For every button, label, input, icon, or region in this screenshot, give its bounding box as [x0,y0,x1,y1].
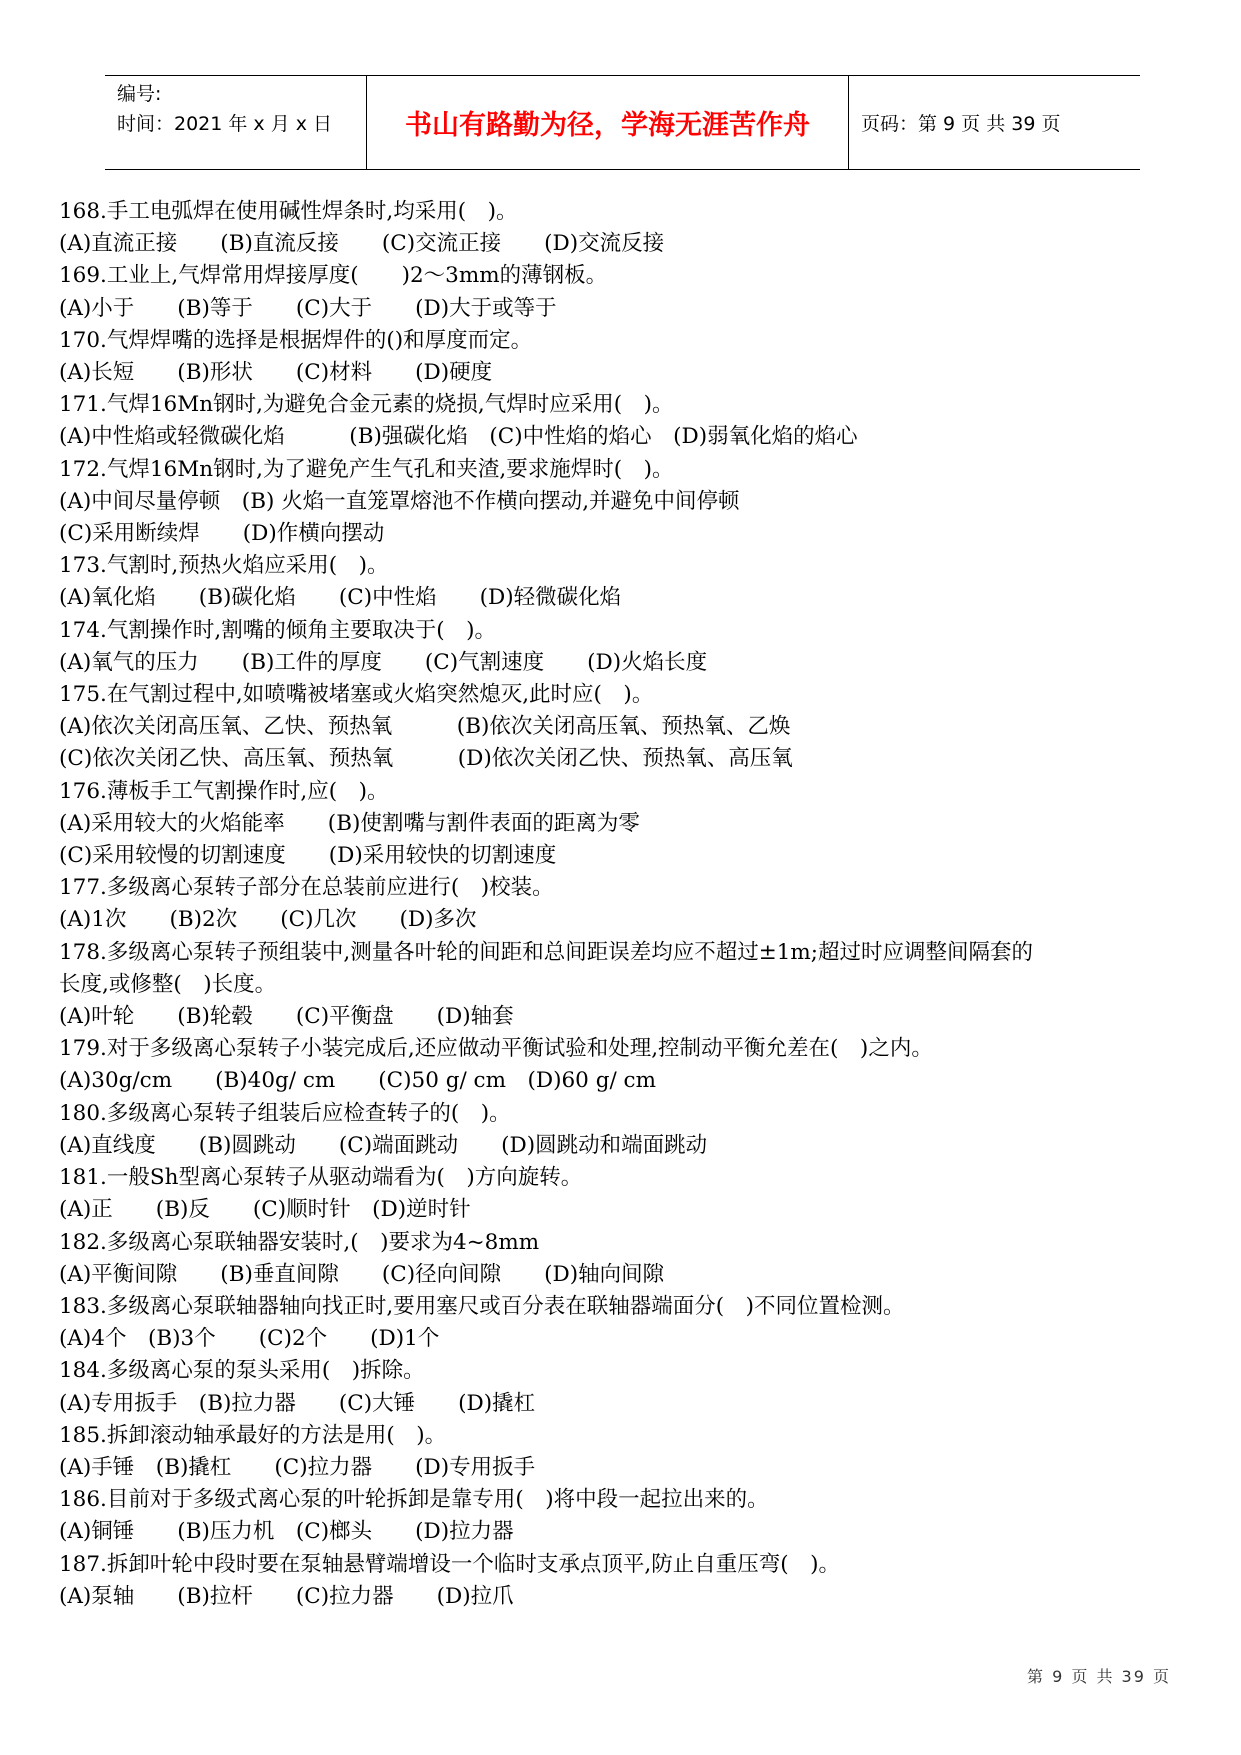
question-text: 174.气割操作时,割嘴的倾角主要取决于( )。 [59,615,1189,647]
answer-options: (A)氧气的压力 (B)工件的厚度 (C)气割速度 (D)火焰长度 [59,647,1189,679]
answer-options: (A)专用扳手 (B)拉力器 (C)大锤 (D)撬杠 [59,1388,1189,1420]
answer-options: (A)氧化焰 (B)碳化焰 (C)中性焰 (D)轻微碳化焰 [59,582,1189,614]
answer-options: (A)泵轴 (B)拉杆 (C)拉力器 (D)拉爪 [59,1581,1189,1613]
answer-options: (A)平衡间隙 (B)垂直间隙 (C)径向间隙 (D)轴向间隙 [59,1259,1189,1291]
question-text: 185.拆卸滚动轴承最好的方法是用( )。 [59,1420,1189,1452]
question-list: 168.手工电弧焊在使用碱性焊条时,均采用( )。(A)直流正接 (B)直流反接… [59,196,1189,1613]
question-text: 182.多级离心泵联轴器安装时,( )要求为4~8mm [59,1227,1189,1259]
answer-options: (A)小于 (B)等于 (C)大于 (D)大于或等于 [59,293,1189,325]
answer-options: (A)直线度 (B)圆跳动 (C)端面跳动 (D)圆跳动和端面跳动 [59,1130,1189,1162]
document-number-label: 编号: [117,79,366,109]
question-text: 长度,或修整( )长度。 [59,969,1189,1001]
question-text: 177.多级离心泵转子部分在总装前应进行( )校装。 [59,872,1189,904]
answer-options: (A)4个 (B)3个 (C)2个 (D)1个 [59,1323,1189,1355]
question-text: 187.拆卸叶轮中段时要在泵轴悬臂端增设一个临时支承点顶平,防止自重压弯( )。 [59,1549,1189,1581]
question-text: 181.一般Sh型离心泵转子从驱动端看为( )方向旋转。 [59,1162,1189,1194]
question-text: 186.目前对于多级式离心泵的叶轮拆卸是靠专用( )将中段一起拉出来的。 [59,1484,1189,1516]
document-date: 时间：2021 年 x 月 x 日 [117,109,366,139]
answer-options: (A)依次关闭高压氧、乙快、预热氧 (B)依次关闭高压氧、预热氧、乙焕 [59,711,1189,743]
answer-options: (A)铜锤 (B)压力机 (C)榔头 (D)拉力器 [59,1516,1189,1548]
question-text: 170.气焊焊嘴的选择是根据焊件的()和厚度而定。 [59,325,1189,357]
question-text: 173.气割时,预热火焰应采用( )。 [59,550,1189,582]
answer-options: (A)30g/cm (B)40g/ cm (C)50 g/ cm (D)60 g… [59,1065,1189,1097]
question-text: 169.工业上,气焊常用焊接厚度( )2～3mm的薄钢板。 [59,260,1189,292]
question-text: 178.多级离心泵转子预组装中,测量各叶轮的间距和总间距误差均应不超过±1m;超… [59,937,1189,969]
question-text: 183.多级离心泵联轴器轴向找正时,要用塞尺或百分表在联轴器端面分( )不同位置… [59,1291,1189,1323]
question-text: 171.气焊16Mn钢时,为避免合金元素的烧损,气焊时应采用( )。 [59,389,1189,421]
answer-options: (A)中间尽量停顿 (B) 火焰一直笼罩熔池不作横向摆动,并避免中间停顿 [59,486,1189,518]
question-text: 179.对于多级离心泵转子小装完成后,还应做动平衡试验和处理,控制动平衡允差在(… [59,1033,1189,1065]
answer-options: (A)中性焰或轻微碳化焰 (B)强碳化焰 (C)中性焰的焰心 (D)弱氧化焰的焰… [59,421,1189,453]
question-text: 184.多级离心泵的泵头采用( )拆除。 [59,1355,1189,1387]
page-header: 编号: 时间：2021 年 x 月 x 日 书山有路勤为径，学海无涯苦作舟 页码… [105,75,1140,170]
answer-options: (C)采用较慢的切割速度 (D)采用较快的切割速度 [59,840,1189,872]
header-meta: 编号: 时间：2021 年 x 月 x 日 [105,76,367,169]
page-footer: 第 9 页 共 39 页 [1027,1664,1171,1687]
answer-options: (C)采用断续焊 (D)作横向摆动 [59,518,1189,550]
header-motto: 书山有路勤为径，学海无涯苦作舟 [367,76,849,169]
answer-options: (A)1次 (B)2次 (C)几次 (D)多次 [59,904,1189,936]
answer-options: (A)长短 (B)形状 (C)材料 (D)硬度 [59,357,1189,389]
answer-options: (A)手锤 (B)撬杠 (C)拉力器 (D)专用扳手 [59,1452,1189,1484]
answer-options: (A)直流正接 (B)直流反接 (C)交流正接 (D)交流反接 [59,228,1189,260]
header-page-info: 页码：第 9 页 共 39 页 [849,76,1140,169]
question-text: 172.气焊16Mn钢时,为了避免产生气孔和夹渣,要求施焊时( )。 [59,454,1189,486]
question-text: 175.在气割过程中,如喷嘴被堵塞或火焰突然熄灭,此时应( )。 [59,679,1189,711]
answer-options: (A)正 (B)反 (C)顺时针 (D)逆时针 [59,1194,1189,1226]
answer-options: (C)依次关闭乙快、高压氧、预热氧 (D)依次关闭乙快、预热氧、高压氧 [59,743,1189,775]
question-text: 180.多级离心泵转子组装后应检查转子的( )。 [59,1098,1189,1130]
question-text: 168.手工电弧焊在使用碱性焊条时,均采用( )。 [59,196,1189,228]
answer-options: (A)叶轮 (B)轮毂 (C)平衡盘 (D)轴套 [59,1001,1189,1033]
question-text: 176.薄板手工气割操作时,应( )。 [59,776,1189,808]
answer-options: (A)采用较大的火焰能率 (B)使割嘴与割件表面的距离为零 [59,808,1189,840]
